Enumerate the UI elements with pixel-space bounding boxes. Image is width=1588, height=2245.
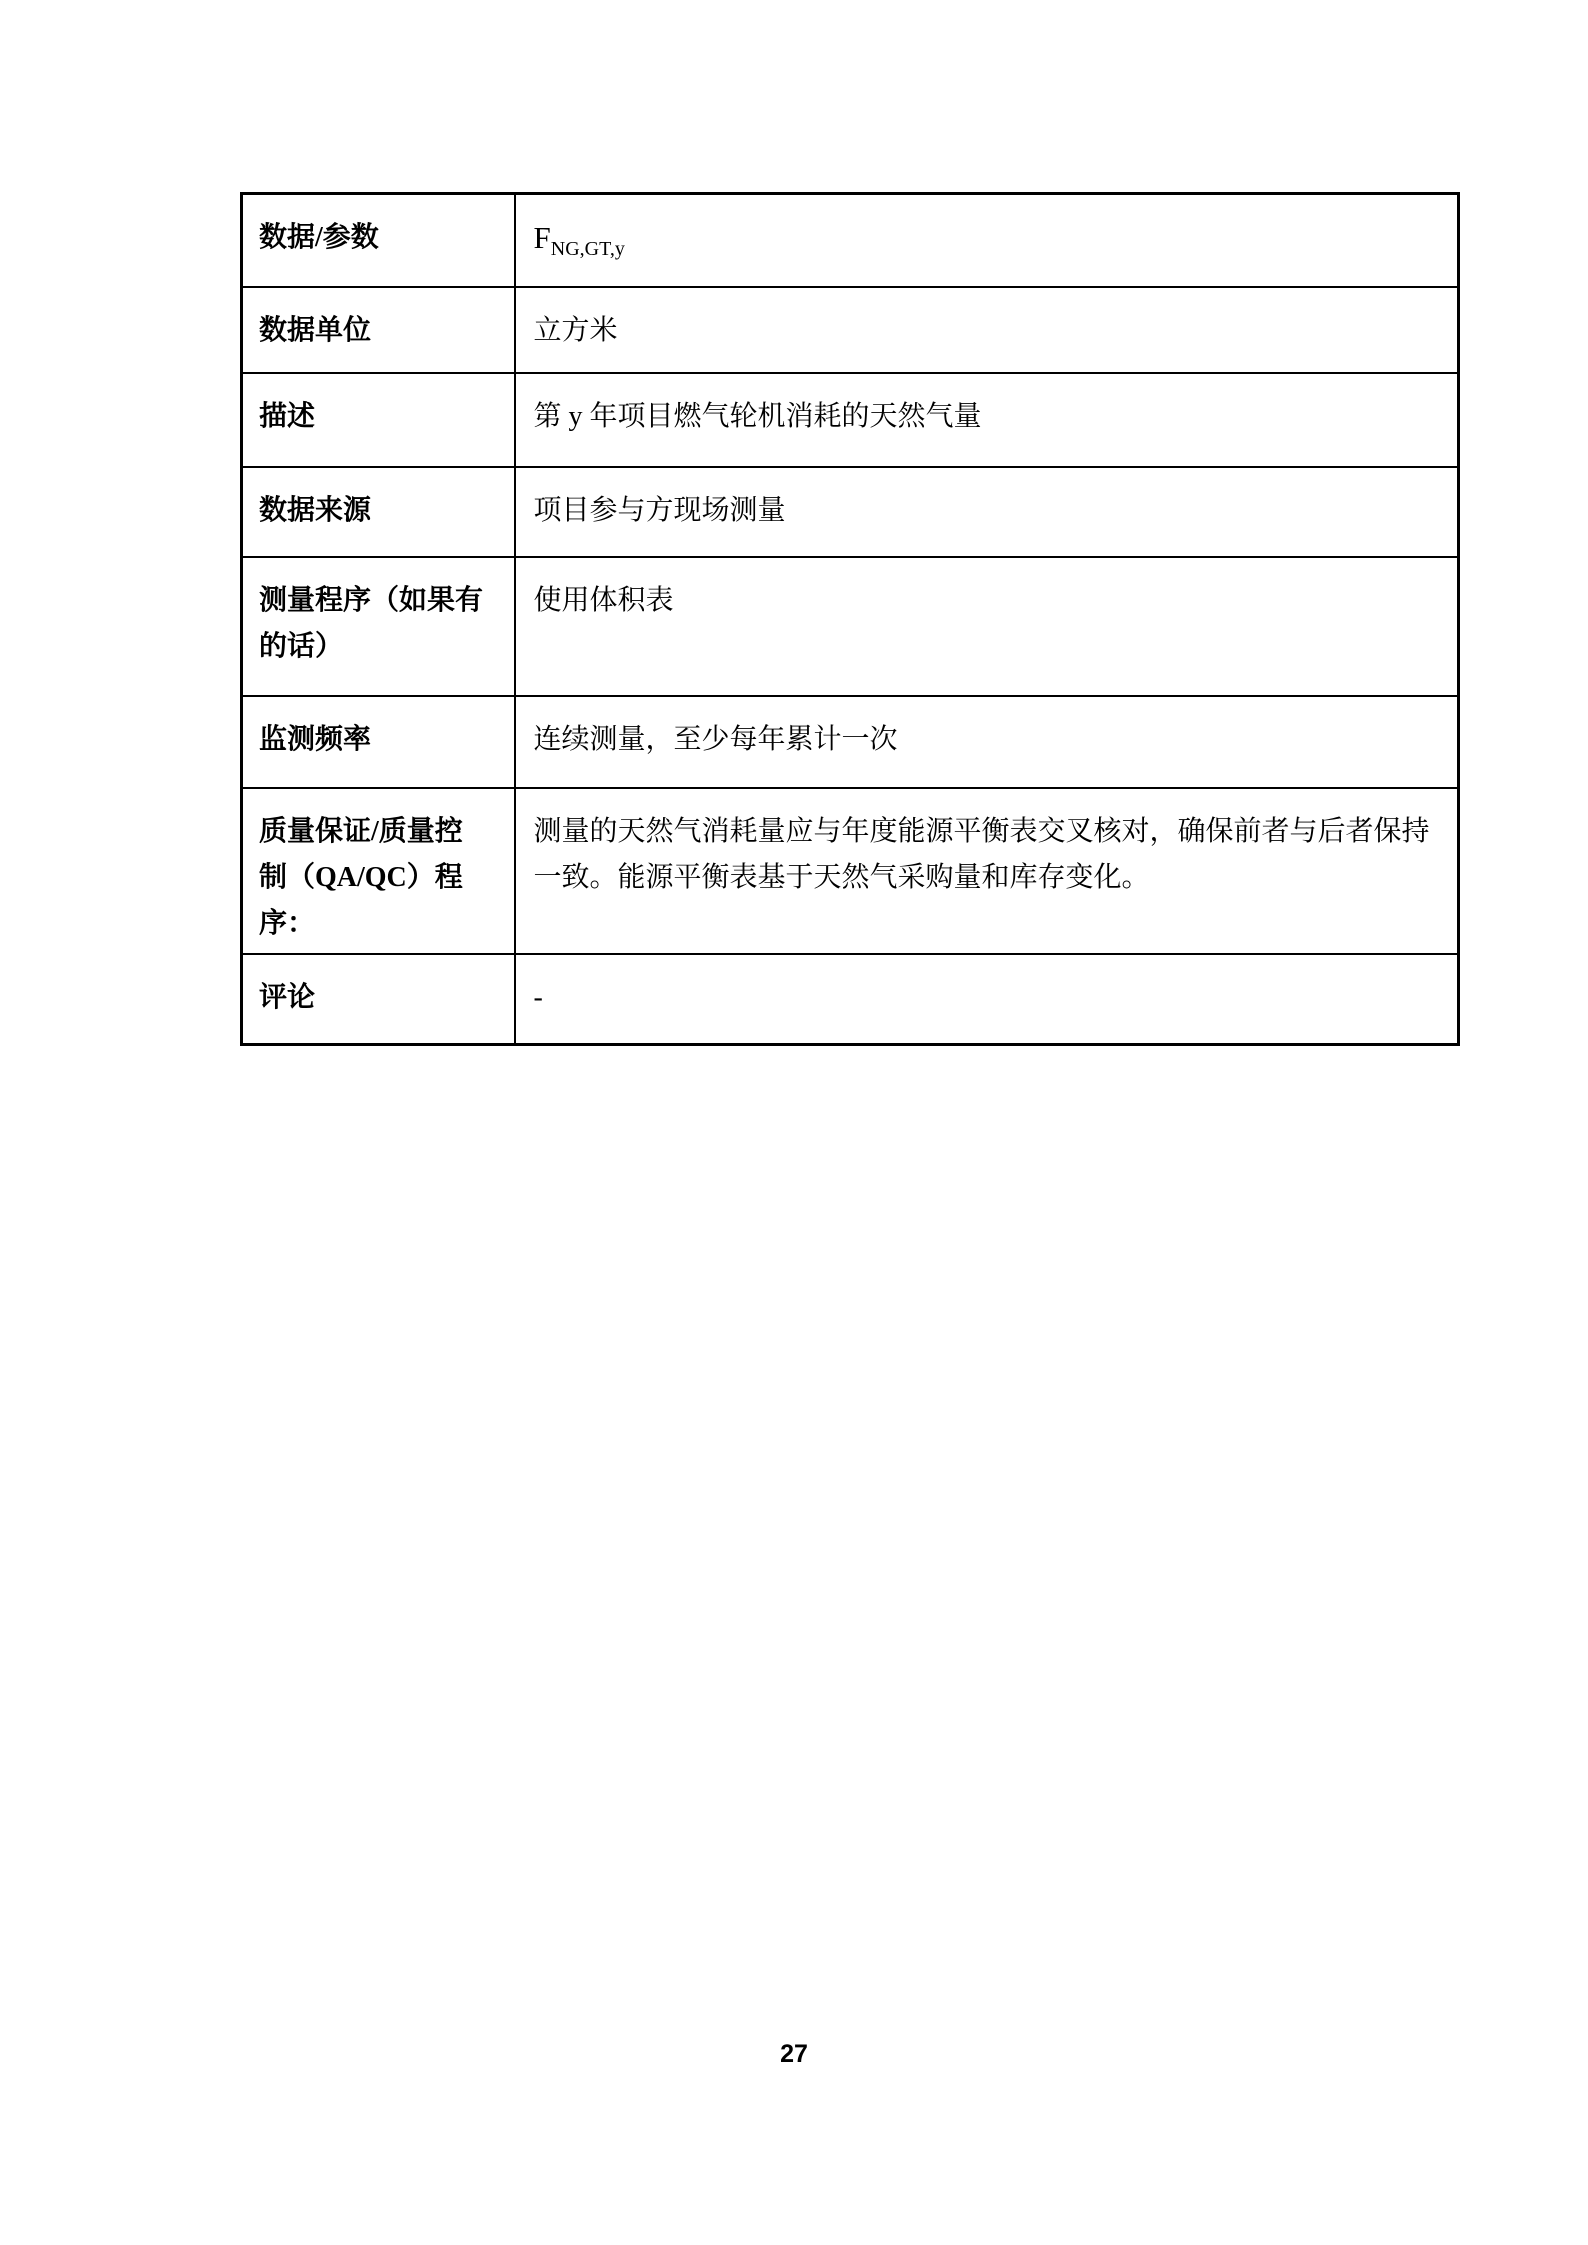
row-value-cell: 使用体积表 <box>515 557 1459 696</box>
formula-base: F <box>534 220 551 255</box>
row-label-cell: 数据/参数 <box>242 194 515 287</box>
table-row-monitoring-frequency: 监测频率 连续测量，至少每年累计一次 <box>242 696 1459 788</box>
row-label-cell: 测量程序（如果有的话） <box>242 557 515 696</box>
row-label: 数据单位 <box>259 315 371 346</box>
row-value-cell: 项目参与方现场测量 <box>515 467 1459 557</box>
row-label-cell: 描述 <box>242 373 515 467</box>
document-page: 数据/参数 FNG,GT,y 数据单位 立方米 描述 第 y 年 <box>0 0 1588 2245</box>
row-label-cell: 质量保证/质量控制（QA/QC）程序： <box>242 788 515 954</box>
row-label-cell: 监测频率 <box>242 696 515 788</box>
row-value-cell: 第 y 年项目燃气轮机消耗的天然气量 <box>515 373 1459 467</box>
parameter-symbol: FNG,GT,y <box>534 220 625 255</box>
table-row-comment: 评论 - <box>242 954 1459 1045</box>
row-label: 数据来源 <box>259 495 371 526</box>
table-row-qaqc-procedure: 质量保证/质量控制（QA/QC）程序： 测量的天然气消耗量应与年度能源平衡表交叉… <box>242 788 1459 954</box>
row-value: 立方米 <box>534 315 618 346</box>
row-label: 数据/参数 <box>259 222 379 253</box>
row-label: 描述 <box>259 401 315 432</box>
table-row-data-unit: 数据单位 立方米 <box>242 287 1459 373</box>
row-value: - <box>534 982 543 1013</box>
row-value: 测量的天然气消耗量应与年度能源平衡表交叉核对，确保前者与后者保持一致。能源平衡表… <box>534 816 1430 893</box>
row-value: 项目参与方现场测量 <box>534 495 786 526</box>
row-label-cell: 评论 <box>242 954 515 1045</box>
row-value: 第 y 年项目燃气轮机消耗的天然气量 <box>534 401 982 432</box>
parameter-table: 数据/参数 FNG,GT,y 数据单位 立方米 描述 第 y 年 <box>240 192 1460 1046</box>
table-row-measurement-procedure: 测量程序（如果有的话） 使用体积表 <box>242 557 1459 696</box>
formula-subscript: NG,GT,y <box>551 238 625 260</box>
row-value-cell: FNG,GT,y <box>515 194 1459 287</box>
table-row-description: 描述 第 y 年项目燃气轮机消耗的天然气量 <box>242 373 1459 467</box>
row-value-cell: - <box>515 954 1459 1045</box>
row-label: 评论 <box>259 982 315 1013</box>
row-label: 监测频率 <box>259 724 371 755</box>
row-label: 测量程序（如果有的话） <box>259 585 483 662</box>
row-label-cell: 数据单位 <box>242 287 515 373</box>
row-value-cell: 测量的天然气消耗量应与年度能源平衡表交叉核对，确保前者与后者保持一致。能源平衡表… <box>515 788 1459 954</box>
page-number: 27 <box>0 2040 1588 2069</box>
table-row-data-source: 数据来源 项目参与方现场测量 <box>242 467 1459 557</box>
row-label-cell: 数据来源 <box>242 467 515 557</box>
table-row-parameter: 数据/参数 FNG,GT,y <box>242 194 1459 287</box>
row-value-cell: 连续测量，至少每年累计一次 <box>515 696 1459 788</box>
row-value: 使用体积表 <box>534 585 674 616</box>
row-value: 连续测量，至少每年累计一次 <box>534 724 898 755</box>
row-value-cell: 立方米 <box>515 287 1459 373</box>
row-label: 质量保证/质量控制（QA/QC）程序： <box>259 816 463 939</box>
